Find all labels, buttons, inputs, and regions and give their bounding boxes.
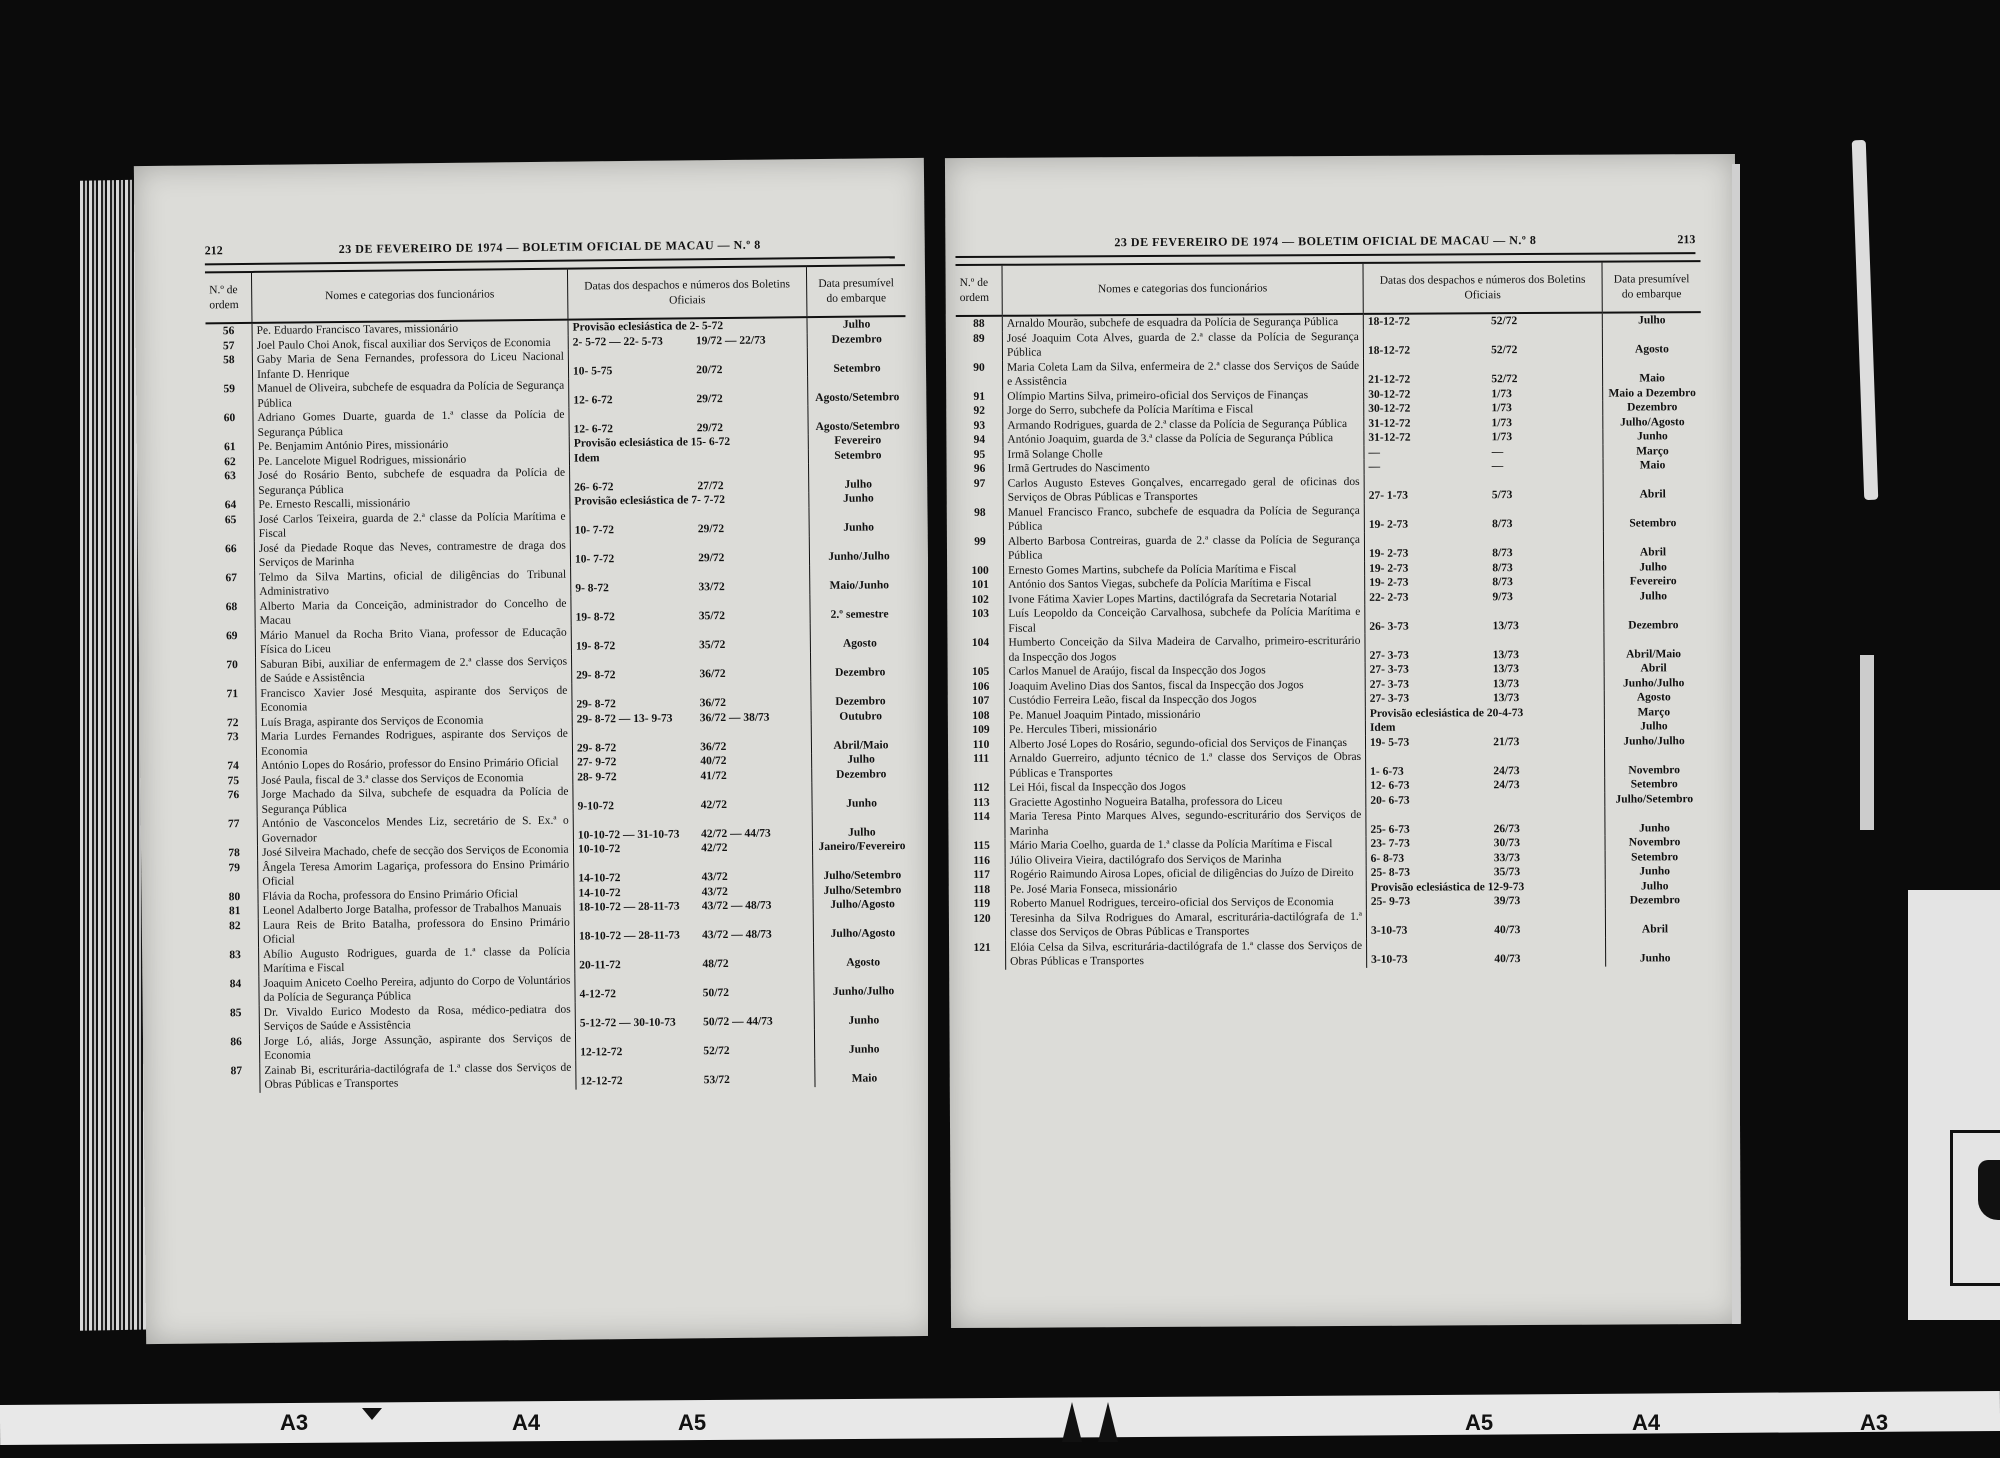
- dispatch-date-bulletin: 27- 3-7313/73: [1365, 691, 1604, 707]
- right-running-head: 23 DE FEVEREIRO DE 1974 — BOLETIM OFICIA…: [955, 232, 1695, 254]
- embark-date: Setembro: [807, 346, 906, 376]
- date-cell: 10- 7-7229/72: [575, 550, 805, 567]
- film-marker-label: A3: [280, 1410, 308, 1435]
- date-cell: 30-12-721/73: [1368, 386, 1598, 402]
- table-row: 97Carlos Augusto Esteves Gonçalves, enca…: [957, 473, 1702, 506]
- dispatch-date: 29- 8-72: [576, 667, 699, 683]
- dispatch-date: —: [1368, 445, 1491, 460]
- right-page: 23 DE FEVEREIRO DE 1974 — BOLETIM OFICIA…: [945, 154, 1741, 1328]
- bulletin-number: 39/73: [1494, 894, 1595, 909]
- row-number: 106: [958, 679, 1005, 694]
- name-text: Zainab Bi, escriturária-dactilógrafa de …: [264, 1060, 571, 1092]
- dispatch-date-bulletin: 27- 1-735/73: [1364, 473, 1603, 503]
- name-text: Luís Leopoldo da Conceição Carvalhosa, s…: [1008, 605, 1360, 636]
- dispatch-date-bulletin: 22- 2-739/73: [1365, 589, 1604, 605]
- bulletin-number: 36/72: [699, 666, 800, 682]
- employee-name-category: Maria Lurdes Fernandes Rodrigues, aspira…: [256, 727, 572, 759]
- dispatch-date: 12- 6-72: [574, 421, 697, 437]
- bulletin-number: 52/72: [703, 1043, 804, 1059]
- film-marker: A4: [512, 1410, 540, 1436]
- bulletin-number: 43/72: [701, 869, 802, 885]
- left-running-title: 23 DE FEVEREIRO DE 1974 — BOLETIM OFICIA…: [205, 236, 895, 258]
- dispatch-date-bulletin: 25- 8-7335/73: [1366, 865, 1605, 881]
- dispatch-date-bulletin: 10- 5-7520/72: [568, 347, 807, 379]
- dispatch-date: 25- 9-73: [1371, 894, 1494, 909]
- row-number: 113: [958, 795, 1005, 810]
- embark-date: Agosto: [814, 941, 913, 971]
- embark-date: Julho: [807, 316, 906, 333]
- table-row: 98Manuel Francisco Franco, subchefe de e…: [957, 502, 1702, 535]
- bulletin-number: 5/73: [1492, 488, 1593, 503]
- dispatch-date-bulletin: 4-12-7250/72: [575, 971, 814, 1003]
- table-row: 121Elóia Celsa da Silva, escriturária-da…: [959, 937, 1704, 970]
- date-cell: 3-10-7340/73: [1371, 923, 1601, 939]
- bulletin-number: 52/72: [1491, 343, 1592, 358]
- date-cell: 12-12-7253/72: [580, 1072, 810, 1089]
- col-header-name: Nomes e categorias dos funcionários: [1002, 263, 1363, 316]
- name-text: Mário Maria Coelho, guarda de 1.ª classe…: [1010, 837, 1362, 853]
- embark-date: Setembro: [1603, 502, 1702, 532]
- row-number: 93: [956, 418, 1003, 433]
- film-marker: A3: [1860, 1410, 1888, 1436]
- bulletin-number: 9/73: [1492, 589, 1593, 604]
- film-marker: A5: [1465, 1410, 1493, 1436]
- bulletin-number: 40/73: [1494, 952, 1595, 967]
- row-number: 105: [958, 665, 1005, 680]
- dispatch-date: 5-12-72 — 30-10-73: [580, 1015, 703, 1031]
- row-number: 109: [958, 723, 1005, 738]
- date-cell: 25- 6-7326/73: [1370, 821, 1600, 837]
- bulletin-number: 48/72: [702, 956, 803, 972]
- bulletin-number: 8/73: [1492, 575, 1593, 590]
- date-cell: 27- 1-735/73: [1369, 488, 1599, 504]
- dispatch-date: 3-10-73: [1371, 952, 1494, 967]
- dispatch-date: 2- 5-72 — 22- 5-73: [573, 334, 696, 350]
- embark-date: Maio a Dezembro: [1603, 386, 1702, 401]
- date-cell: 27- 3-7313/73: [1370, 647, 1600, 663]
- bulletin-number: 29/72: [696, 391, 797, 407]
- dispatch-date-bulletin: 18-12-7252/72: [1363, 328, 1602, 358]
- date-cell: 25- 9-7339/73: [1371, 894, 1601, 910]
- embark-date: Junho: [814, 999, 913, 1029]
- row-number: 101: [957, 578, 1004, 593]
- embark-date: Janeiro/Fevereiro: [812, 839, 911, 855]
- dispatch-date: 28- 9-72: [577, 769, 700, 785]
- dispatch-date: —: [1369, 459, 1492, 474]
- row-number: 115: [959, 839, 1006, 854]
- dispatch-date: 19- 2-73: [1369, 561, 1492, 576]
- row-number: 76: [210, 788, 257, 817]
- right-table: N.º de ordem Nomes e categorias dos func…: [955, 260, 1704, 969]
- employee-name-category: Ângela Teresa Amorim Lagariça, professor…: [258, 857, 574, 889]
- employee-name-category: Rogério Raimundo Airosa Lopes, oficial d…: [1005, 866, 1366, 882]
- embark-date: Novembro: [1605, 835, 1704, 850]
- table-row: 99Alberto Barbosa Contreiras, guarda de …: [957, 531, 1702, 564]
- row-number: 89: [956, 331, 1003, 360]
- row-number: 69: [209, 628, 256, 657]
- row-number: 117: [959, 868, 1006, 883]
- bulletin-number: 13/73: [1493, 618, 1594, 633]
- embark-date: Julho: [1604, 589, 1703, 604]
- embark-date: Junho: [1605, 806, 1704, 836]
- employee-name-category: Arnaldo Mourão, subchefe de esquadra da …: [1002, 314, 1363, 331]
- row-number: 64: [207, 498, 254, 513]
- embark-date: Junho/Julho: [1604, 734, 1703, 749]
- embark-date: Julho/Setembro: [1605, 792, 1704, 807]
- row-number: 79: [211, 860, 258, 889]
- name-text: Manuel Francisco Franco, subchefe de esq…: [1008, 503, 1360, 534]
- frame-mark: [1978, 1160, 2000, 1220]
- date-cell: 27- 3-7313/73: [1370, 676, 1600, 692]
- row-number: 95: [956, 447, 1003, 462]
- film-artifact: [1860, 655, 1874, 830]
- embark-date: Novembro: [1605, 748, 1704, 778]
- dispatch-date-bulletin: 9-10-7242/72: [573, 782, 812, 814]
- row-number: 102: [957, 592, 1004, 607]
- bulletin-number: 1/73: [1492, 415, 1593, 430]
- name-text: Maria Coleta Lam da Silva, enfermeira de…: [1007, 358, 1359, 389]
- dispatch-date-bulletin: 2- 5-72 — 22- 5-7319/72 — 22/73: [568, 333, 807, 350]
- date-cell: 20-11-7248/72: [579, 956, 809, 973]
- dispatch-date: 26- 6-72: [574, 479, 697, 495]
- dispatch-date-bulletin: 27- 3-7313/73: [1365, 662, 1604, 678]
- row-number: 88: [956, 316, 1003, 332]
- table-row: 90Maria Coleta Lam da Silva, enfermeira …: [956, 357, 1701, 390]
- row-number: 111: [958, 752, 1005, 781]
- bulletin-number: 43/72 — 48/73: [702, 898, 803, 914]
- employee-name-category: Arnaldo Guerreiro, adjunto técnico de 1.…: [1005, 750, 1366, 781]
- embark-date: Maio: [815, 1057, 914, 1087]
- bulletin-number: 8/73: [1492, 517, 1593, 532]
- name-text: José Carlos Teixeira, guarda de 2.ª clas…: [258, 509, 565, 541]
- dispatch-date: 20-11-72: [579, 957, 702, 973]
- embark-date: Julho: [1602, 312, 1701, 328]
- row-number: 75: [210, 773, 257, 788]
- dispatch-date: Provisão eclesiástica de 7- 7-72: [574, 492, 798, 509]
- row-number: 107: [958, 694, 1005, 709]
- dispatch-date: 14-10-72: [578, 885, 701, 901]
- dispatch-date: 6- 8-73: [1371, 851, 1494, 866]
- row-number: 68: [208, 599, 255, 628]
- date-cell: 18-10-72 — 28-11-7343/72 — 48/73: [579, 927, 809, 944]
- dispatch-date: 19- 2-73: [1369, 517, 1492, 532]
- row-number: 72: [210, 715, 257, 730]
- film-marker-label: A5: [1465, 1410, 1493, 1435]
- date-cell: 18-12-7252/72: [1368, 314, 1598, 330]
- bulletin-number: 1/73: [1492, 430, 1593, 445]
- bulletin-number: 42/72 — 44/73: [701, 826, 802, 842]
- embark-date: Agosto: [810, 622, 909, 652]
- col-header-date: Datas dos despachos e números dos Boleti…: [567, 266, 807, 319]
- row-number: 104: [957, 636, 1004, 665]
- date-cell: 10-10-7242/72: [578, 840, 808, 857]
- center-marker-right-icon: [1098, 1402, 1118, 1442]
- embark-date: Dezembro: [1605, 893, 1704, 908]
- row-number: 116: [959, 853, 1006, 868]
- date-cell: Idem: [1370, 720, 1600, 736]
- row-number: 60: [206, 411, 253, 440]
- embark-date: 2.º semestre: [810, 593, 909, 623]
- dispatch-date: 12-12-72: [580, 1044, 703, 1060]
- dispatch-date-bulletin: 10-10-7242/72: [573, 840, 812, 857]
- col-header-num: N.º de ordem: [205, 272, 252, 323]
- date-cell: 9- 8-7233/72: [575, 579, 805, 596]
- dispatch-date: 25- 8-73: [1371, 865, 1494, 880]
- dispatch-date-bulletin: 26- 3-7313/73: [1365, 604, 1604, 634]
- row-number: 77: [211, 817, 258, 846]
- embark-date: Maio: [1603, 458, 1702, 473]
- employee-name-category: Dr. Vivaldo Eurico Modesto da Rosa, médi…: [259, 1002, 575, 1034]
- name-text: Elóia Celsa da Silva, escriturária-dacti…: [1010, 938, 1362, 969]
- dispatch-date-bulletin: 29- 8-72 — 13- 9-7336/72 — 38/73: [572, 710, 811, 727]
- film-marker: A3: [280, 1410, 308, 1436]
- date-cell: 31-12-721/73: [1368, 415, 1598, 431]
- bulletin-number: 26/73: [1494, 821, 1595, 836]
- date-cell: 19- 8-7235/72: [576, 637, 806, 654]
- date-cell: 28- 9-7241/72: [577, 768, 807, 785]
- date-cell: 23- 7-7330/73: [1371, 836, 1601, 852]
- dispatch-date: 12- 6-73: [1370, 778, 1493, 793]
- employee-name-category: Maria Coleta Lam da Silva, enfermeira de…: [1003, 358, 1364, 389]
- row-number: 59: [206, 382, 253, 411]
- row-number: 71: [209, 686, 256, 715]
- date-cell: 6- 8-7333/73: [1371, 850, 1601, 866]
- dispatch-date-bulletin: 27- 3-7313/73: [1365, 633, 1604, 663]
- bulletin-number: 36/72: [700, 739, 801, 755]
- bulletin-number: 43/72: [702, 884, 803, 900]
- employee-name-category: Abílio Augusto Rodrigues, guarda de 1.ª …: [259, 944, 575, 976]
- employee-name-category: Zainab Bi, escriturária-dactilógrafa de …: [260, 1060, 576, 1092]
- row-number: 91: [956, 389, 1003, 404]
- employee-name-category: Manuel Francisco Franco, subchefe de esq…: [1003, 503, 1364, 534]
- bulletin-number: 1/73: [1491, 401, 1592, 416]
- embark-date: Julho: [1604, 719, 1703, 734]
- name-text: Adriano Gomes Duarte, guarda de 1.ª clas…: [257, 408, 564, 440]
- name-text: Teresinha da Silva Rodrigues do Amaral, …: [1010, 909, 1362, 940]
- bulletin-number: 40/72: [700, 753, 801, 769]
- employee-name-category: José Carlos Teixeira, guarda de 2.ª clas…: [254, 509, 570, 541]
- film-marker-label: A3: [1860, 1410, 1888, 1435]
- date-cell: 10- 7-7229/72: [575, 521, 805, 538]
- date-cell: 27- 3-7313/73: [1370, 691, 1600, 707]
- name-text: António de Vasconcelos Mendes Liz, secre…: [262, 814, 569, 846]
- name-text: Francisco Xavier José Mesquita, aspirant…: [260, 683, 567, 715]
- dispatch-date-bulletin: 19- 8-7235/72: [571, 623, 810, 655]
- employee-name-category: Alberto Maria da Conceição, administrado…: [255, 596, 571, 628]
- name-text: Olímpio Martins Silva, primeiro-oficial …: [1007, 387, 1359, 403]
- row-number: 70: [209, 657, 256, 686]
- name-text: Alberto Barbosa Contreiras, guarda de 2.…: [1008, 532, 1360, 563]
- dispatch-date-bulletin: 20- 6-73: [1366, 792, 1605, 808]
- date-cell: ——: [1369, 459, 1599, 475]
- date-cell: Provisão eclesiástica de 7- 7-72: [574, 492, 804, 509]
- row-number: 57: [206, 338, 253, 353]
- dispatch-date-bulletin: 21-12-7252/72: [1363, 357, 1602, 387]
- dispatch-date-bulletin: 3-10-7340/73: [1367, 937, 1606, 967]
- dispatch-date: 19- 8-72: [576, 638, 699, 654]
- dispatch-date: 18-10-72 — 28-11-73: [579, 928, 702, 944]
- embark-date: Julho: [812, 810, 911, 840]
- date-cell: 19- 5-7321/73: [1370, 734, 1600, 750]
- row-number: 81: [212, 904, 259, 919]
- embark-date: Abril: [1603, 473, 1702, 503]
- embark-date: Dezembro: [812, 767, 911, 783]
- employee-name-category: Humberto Conceição da Silva Madeira de C…: [1004, 634, 1365, 665]
- name-text: Maria Lurdes Fernandes Rodrigues, aspira…: [261, 727, 568, 759]
- row-number: 92: [956, 404, 1003, 419]
- dispatch-date-bulletin: ——: [1364, 459, 1603, 475]
- bulletin-number: 33/73: [1494, 850, 1595, 865]
- film-marker-label: A4: [512, 1410, 540, 1435]
- date-cell: 31-12-721/73: [1368, 430, 1598, 446]
- dispatch-date-bulletin: Idem: [569, 449, 808, 466]
- row-number: 83: [212, 947, 259, 976]
- dispatch-date-bulletin: 27- 3-7313/73: [1365, 676, 1604, 692]
- dispatch-date-bulletin: 30-12-721/73: [1364, 401, 1603, 417]
- dispatch-date: 21-12-72: [1368, 372, 1491, 387]
- dispatch-date: 23- 7-73: [1371, 836, 1494, 851]
- row-number: 97: [957, 476, 1004, 505]
- employee-name-category: Mário Maria Coelho, guarda de 1.ª classe…: [1005, 837, 1366, 853]
- dispatch-date: 29- 8-72: [576, 696, 699, 712]
- dispatch-date-bulletin: Idem: [1365, 720, 1604, 736]
- name-text: Ângela Teresa Amorim Lagariça, professor…: [262, 857, 569, 889]
- dispatch-date-bulletin: 19- 2-738/73: [1364, 502, 1603, 532]
- embark-date: Maio/Junho: [810, 564, 909, 594]
- dispatch-date: 25- 6-73: [1370, 822, 1493, 837]
- date-cell: 19- 8-7235/72: [576, 608, 806, 625]
- embark-date: Abril/Maio: [1604, 632, 1703, 662]
- embark-date: Outubro: [811, 709, 910, 725]
- dispatch-date-bulletin: 19- 5-7321/73: [1365, 734, 1604, 750]
- date-cell: ——: [1368, 444, 1598, 460]
- date-cell: 19- 2-738/73: [1369, 546, 1599, 562]
- row-number: 94: [956, 433, 1003, 448]
- name-text: Rogério Raimundo Airosa Lopes, oficial d…: [1010, 866, 1362, 882]
- bulletin-number: 27/72: [697, 478, 798, 494]
- name-text: Alberto Maria da Conceição, administrado…: [259, 596, 566, 628]
- col-header-embark: Data presumível do embarque: [1602, 261, 1701, 313]
- embark-date: Junho/Julho: [1604, 676, 1703, 691]
- date-cell: 4-12-7250/72: [579, 985, 809, 1002]
- row-number: 78: [211, 846, 258, 861]
- date-cell: 25- 8-7335/73: [1371, 865, 1601, 881]
- embark-date: Agosto: [1604, 690, 1703, 705]
- row-number: 114: [958, 810, 1005, 839]
- dispatch-date-bulletin: 12- 6-7229/72: [569, 376, 808, 408]
- bulletin-number: 53/72: [704, 1072, 805, 1088]
- name-text: Arnaldo Guerreiro, adjunto técnico de 1.…: [1009, 750, 1361, 781]
- row-number: 56: [206, 323, 253, 339]
- dispatch-date-bulletin: 10-10-72 — 31-10-7342/72 — 44/73: [573, 811, 812, 843]
- employee-name-category: José Joaquim Cota Alves, guarda de 2.ª c…: [1002, 329, 1363, 360]
- bulletin-number: 52/72: [1491, 372, 1592, 387]
- date-cell: Idem: [574, 449, 804, 466]
- employee-name-category: Manuel de Oliveira, subchefe de esquadra…: [253, 379, 569, 411]
- dispatch-date-bulletin: 18-10-72 — 28-11-7343/72 — 48/73: [574, 898, 813, 915]
- right-page-number: 213: [1677, 232, 1695, 247]
- date-cell: 10- 5-7520/72: [573, 362, 803, 379]
- date-cell: 30-12-721/73: [1368, 401, 1598, 417]
- bulletin-number: 42/72: [701, 797, 802, 813]
- embark-date: Agosto/Setembro: [808, 375, 907, 405]
- date-cell: 27- 3-7313/73: [1370, 662, 1600, 678]
- embark-date: Dezembro: [1603, 400, 1702, 415]
- dispatch-date: 30-12-72: [1368, 387, 1491, 402]
- row-number: 120: [959, 911, 1006, 940]
- name-text: António Joaquim, guarda de 3.ª classe da…: [1007, 431, 1359, 447]
- dispatch-date: 27- 3-73: [1370, 648, 1493, 663]
- embark-date: Dezembro: [807, 332, 906, 348]
- name-text: Dr. Vivaldo Eurico Modesto da Rosa, médi…: [264, 1002, 571, 1034]
- dispatch-date-bulletin: 23- 7-7330/73: [1366, 836, 1605, 852]
- bulletin-number: 20/72: [696, 362, 797, 378]
- employee-name-category: Alberto Barbosa Contreiras, guarda de 2.…: [1003, 532, 1364, 563]
- name-text: Jorge Machado da Silva, subchefe de esqu…: [261, 785, 568, 817]
- dispatch-date-bulletin: 14-10-7243/72: [574, 855, 813, 887]
- row-number: 74: [210, 759, 257, 774]
- row-number: 84: [212, 976, 259, 1005]
- dispatch-date: 1- 6-73: [1370, 764, 1493, 779]
- dispatch-date: Provisão eclesiástica de 20-4-73: [1370, 705, 1594, 721]
- embark-date: Março: [1603, 444, 1702, 459]
- embark-date: Julho/Agosto: [813, 897, 912, 913]
- row-number: 103: [957, 607, 1004, 636]
- dispatch-date-bulletin: 5-12-72 — 30-10-7350/72 — 44/73: [575, 1000, 814, 1032]
- left-table-body: 56Pe. Eduardo Francisco Tavares, mission…: [206, 316, 914, 1093]
- row-number: 66: [208, 541, 255, 570]
- dispatch-date-bulletin: 12-12-7252/72: [575, 1029, 814, 1061]
- bulletin-number: 1/73: [1491, 386, 1592, 401]
- dispatch-date-bulletin: 29- 8-7236/72: [572, 681, 811, 713]
- dispatch-date: 30-12-72: [1368, 401, 1491, 416]
- name-text: Maria Teresa Pinto Marques Alves, segund…: [1009, 808, 1361, 839]
- embark-date: Julho: [1605, 879, 1704, 894]
- bulletin-number: 24/73: [1493, 763, 1594, 778]
- left-page: 212 23 DE FEVEREIRO DE 1974 — BOLETIM OF…: [134, 158, 936, 1344]
- embark-date: Dezembro: [1604, 603, 1703, 633]
- date-cell: 9-10-7242/72: [578, 797, 808, 814]
- embark-date: Dezembro: [811, 680, 910, 710]
- bulletin-number: 50/72: [703, 985, 804, 1001]
- bulletin-number: 35/72: [699, 608, 800, 624]
- dispatch-date: 3-10-73: [1371, 923, 1494, 938]
- table-row: 89José Joaquim Cota Alves, guarda de 2.ª…: [956, 328, 1701, 361]
- employee-name-category: Jorge Ló, aliás, Jorge Assunção, aspiran…: [259, 1031, 575, 1063]
- dispatch-date-bulletin: 19- 2-738/73: [1365, 560, 1604, 576]
- dispatch-date-bulletin: 20-11-7248/72: [575, 942, 814, 974]
- embark-date: Agosto/Setembro: [808, 404, 907, 434]
- name-text: Roberto Manuel Rodrigues, terceiro-ofici…: [1010, 895, 1362, 911]
- name-text: Saburan Bibi, auxiliar de enfermagem de …: [260, 654, 567, 686]
- name-text: José do Rosário Bento, subchefe de esqua…: [258, 466, 565, 498]
- date-cell: 19- 2-738/73: [1369, 517, 1599, 533]
- employee-name-category: Teresinha da Silva Rodrigues do Amaral, …: [1005, 909, 1366, 940]
- dispatch-date: 14-10-72: [578, 870, 701, 886]
- employee-name-category: Adriano Gomes Duarte, guarda de 1.ª clas…: [253, 408, 569, 440]
- name-text: Abílio Augusto Rodrigues, guarda de 1.ª …: [263, 944, 570, 976]
- embark-date: Setembro: [808, 448, 907, 464]
- name-text: Gaby Maria de Sena Fernandes, professora…: [257, 350, 564, 382]
- dispatch-date: 26- 3-73: [1369, 619, 1492, 634]
- name-text: Joaquim Aniceto Coelho Pereira, adjunto …: [263, 973, 570, 1005]
- film-marker: A5: [678, 1410, 706, 1436]
- row-number: 65: [207, 512, 254, 541]
- employee-name-category: Telmo da Silva Martins, oficial de dilig…: [255, 567, 571, 599]
- dispatch-date-bulletin: 12- 6-7324/73: [1366, 778, 1605, 794]
- embark-date: Julho: [812, 752, 911, 768]
- dispatch-date-bulletin: 12- 6-7229/72: [569, 405, 808, 437]
